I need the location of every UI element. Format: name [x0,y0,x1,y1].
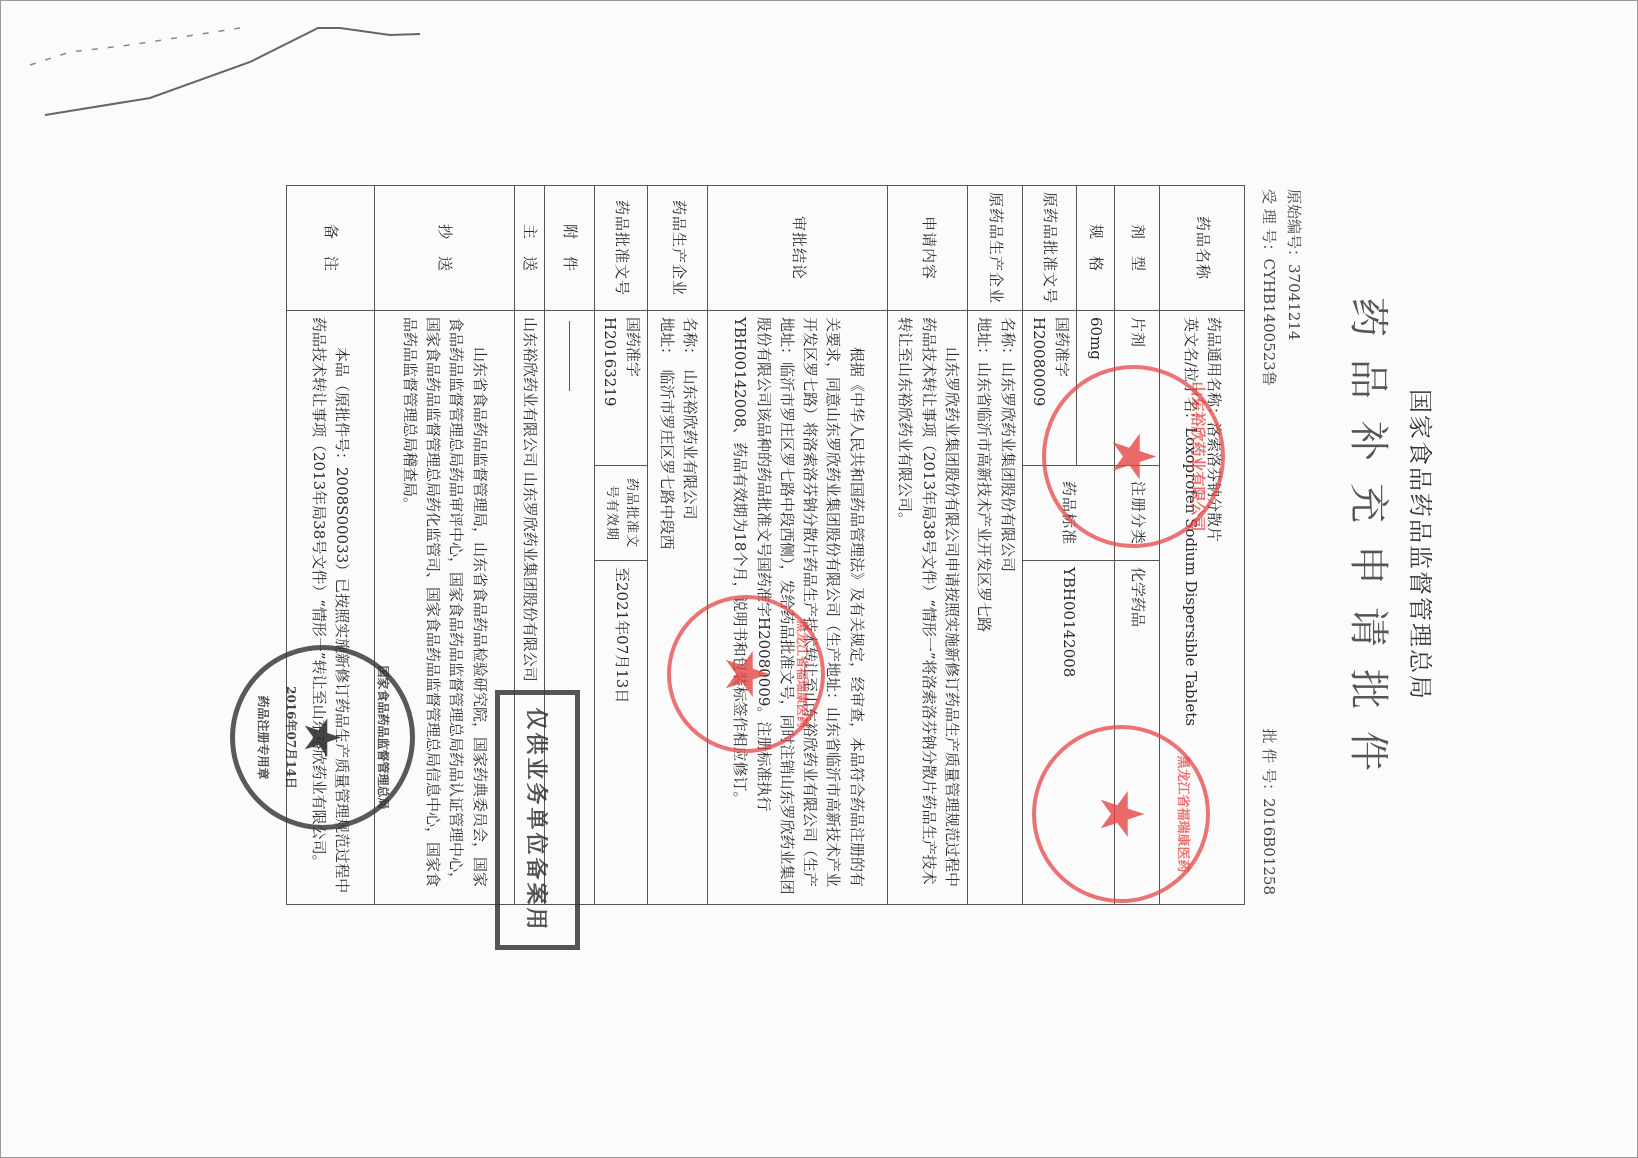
approval-number-value: 国药准字H20163219 [595,311,649,466]
acceptance-number: 受 理 号：CYHB1400523鲁 [1259,189,1280,386]
distributor-seal-red: ★ 黑龙江省福瑞康医药 [1032,725,1210,903]
company-seal-red: ★ 山东裕欣药业有限公司 [1042,365,1225,548]
approval-validity: 至2021年07月13日 [595,561,649,905]
empty-dash [569,321,570,391]
original-number: 原始编号：37041214 [1284,189,1305,340]
row-approval-number: 药品批准文号 国药准字H20163219 药品批准文号有效期 至2021年07月… [595,186,649,905]
distributor-seal-red-2: ★ 黑龙江省福瑞康医药 [667,595,825,753]
application-content: 山东罗欣药业集团股份有限公司申请按照实施新修订药品生产质量管理规范过程中药品技术… [888,311,968,905]
star-icon: ★ [298,715,348,760]
agency-name: 国家食品药品监督管理总局 [1405,185,1440,905]
row-original-manufacturer: 原药品生产企业 名称：山东罗欣药业集团股份有限公司地址：山东省临沂市高新技术产业… [968,186,1023,905]
row-application: 申请内容 山东罗欣药业集团股份有限公司申请按照实施新修订药品生产质量管理规范过程… [888,186,968,905]
registration-seal: ★ 国家食品药品监督管理总局 2016年07月14日 药品注册专用章 [230,645,415,830]
star-icon: ★ [1104,430,1164,484]
star-icon: ★ [716,647,776,701]
filing-only-stamp: 仅供业务单位备案用 [495,690,580,950]
row-cc: 抄 送 山东省食品药品监督管理局，山东省食品药品检验研究院，国家药典委员会，国家… [374,186,514,905]
pen-scribble [0,0,420,140]
cc-recipients: 山东省食品药品监督管理局，山东省食品药品检验研究院，国家药典委员会，国家食品药品… [374,311,514,905]
row-manufacturer: 药品生产企业 名称： 山东裕欣药业有限公司地址： 临沂市罗庄区罗七路中段西 [648,186,708,905]
star-icon: ★ [1091,787,1151,841]
document-page: 国家食品药品监督管理总局 药品补充申请批件 原始编号：37041214 受 理 … [330,185,1440,905]
document-title: 药品补充申请批件 [1343,185,1400,905]
approval-number: 批 件 号：2016B01258 [1259,729,1280,895]
row-conclusion: 审批结论 根据《中华人民共和国药品管理法》及有关规定，经审查，本品符合药品注册的… [708,186,888,905]
